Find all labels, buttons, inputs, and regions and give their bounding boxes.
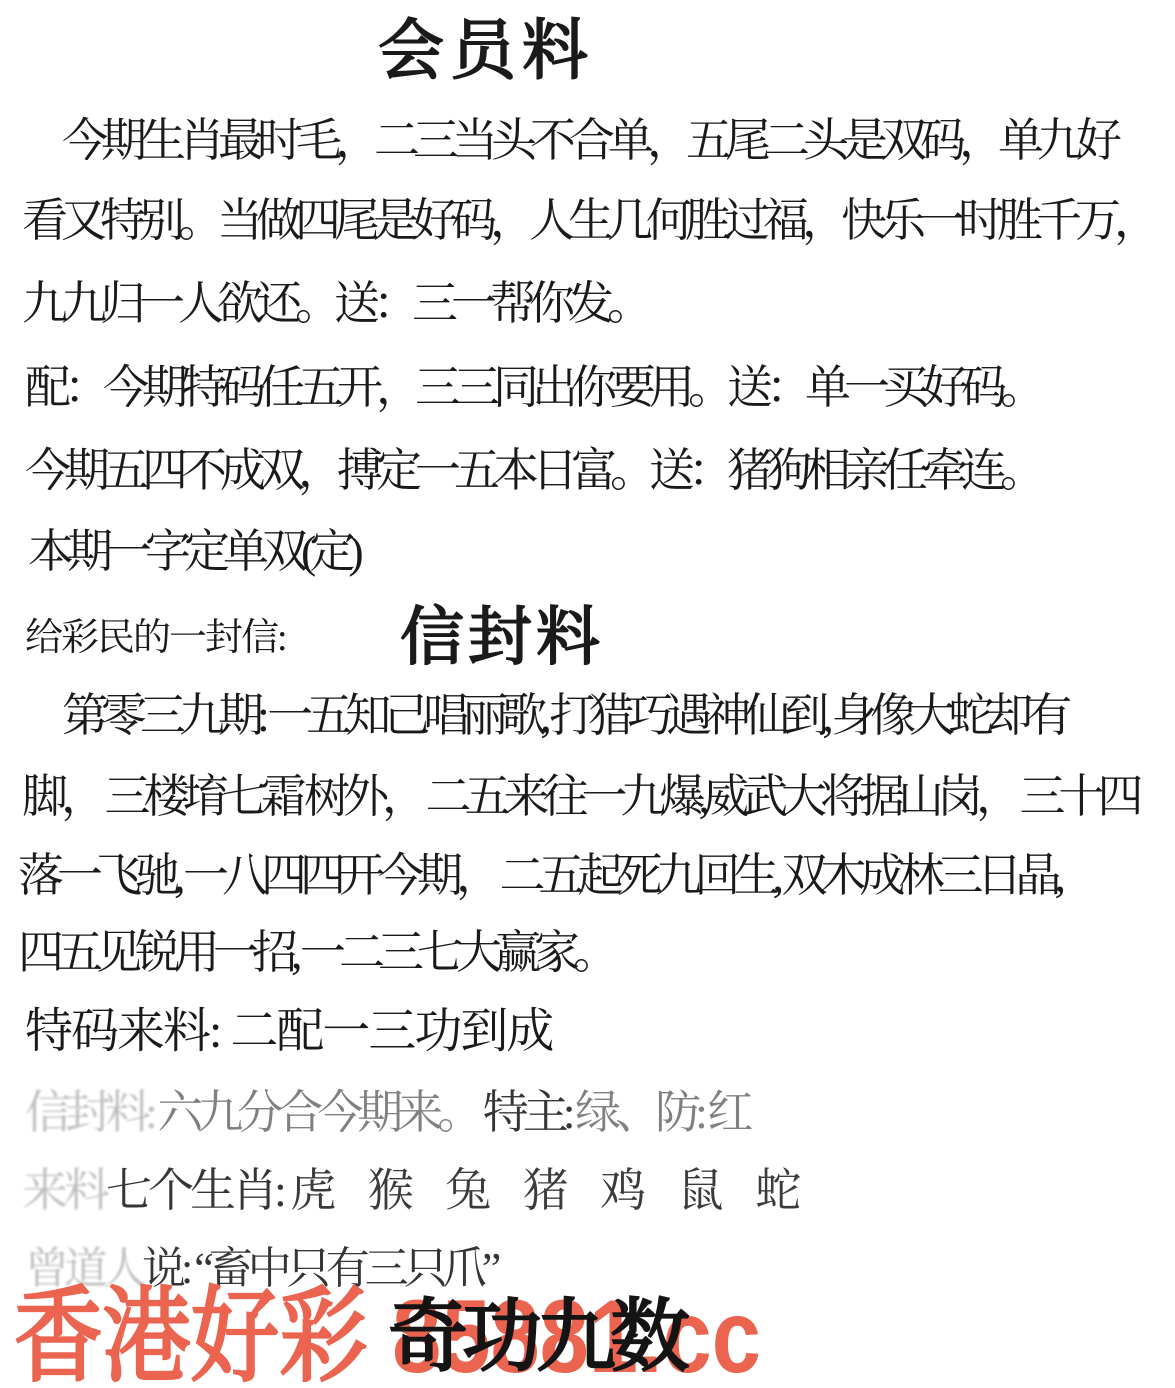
member-paragraph-line-3: 九九归一人欲还。送：三一帮你发。 — [22, 279, 646, 330]
special-code-line: 特码来料: 二配一三功到成 — [25, 1006, 552, 1059]
faded-envelope-tail: 绿、防: 红 — [575, 1087, 747, 1138]
member-section-title: 会员料 — [378, 16, 594, 89]
envelope-paragraph-line-2: 脚， 三楼堉七霜 树外， 二五来往一九爆,威武大将据山岗， 三十四 — [22, 772, 1137, 823]
envelope-section-title: 信封料 — [400, 603, 604, 673]
member-pair-line: 配：今期特码任五开，三三同出你要用。送：单一买好码。 — [25, 363, 1039, 414]
zodiac-lead: 来料 — [22, 1165, 106, 1216]
envelope-paragraph-line-1: 第零三九期: 一五知己唱丽歌, 打猎巧遇神仙到, 身像大蛇却有 — [62, 691, 1065, 742]
zodiac-line: 来料七个生肖: 虎 猴 兔 猪 鸡 鼠 蛇 — [22, 1166, 797, 1217]
zodiac-animals: 虎 猴 兔 猪 鸡 鼠 蛇 — [290, 1165, 797, 1216]
faded-envelope-label: 特主: — [483, 1087, 575, 1138]
faded-envelope-lead: 信封料: — [25, 1087, 157, 1138]
footer-section-title: 奇功九数 — [388, 1294, 684, 1382]
faded-envelope-mid: 六九分合今期来。 — [157, 1087, 483, 1138]
envelope-paragraph-line-4: 四五见锐用一招, 一二三七大赢家。 — [18, 928, 612, 979]
envelope-intro-label: 给彩民的一封信: — [25, 618, 286, 660]
member-fix-line: 本期一字定单双(定) — [28, 527, 357, 578]
member-double-line: 今期五四不成双，搏定一五本日富。送：猪狗相亲任牵连。 — [25, 446, 1039, 497]
envelope-paragraph-line-3: 落一飞驰, 一八四四开今期， 二五起死九回生, 双木成林三日晶, — [18, 851, 1059, 902]
faded-envelope-line: 信封料: 六九分合今期来。 特主: 绿、防: 红 — [25, 1088, 747, 1139]
scanned-tip-sheet: 会员料 今期生肖最时毛，二三当头不合单，五尾二头是双码，单九好 看又特别。当做四… — [0, 0, 1175, 1388]
zodiac-label: 七个生肖: — [106, 1165, 290, 1216]
member-paragraph-line-1: 今期生肖最时毛，二三当头不合单，五尾二头是双码，单九好 — [62, 116, 1115, 167]
member-paragraph-line-2: 看又特别。当做四尾是好码，人生几何胜过福，快乐一时胜千万， — [22, 196, 1153, 247]
